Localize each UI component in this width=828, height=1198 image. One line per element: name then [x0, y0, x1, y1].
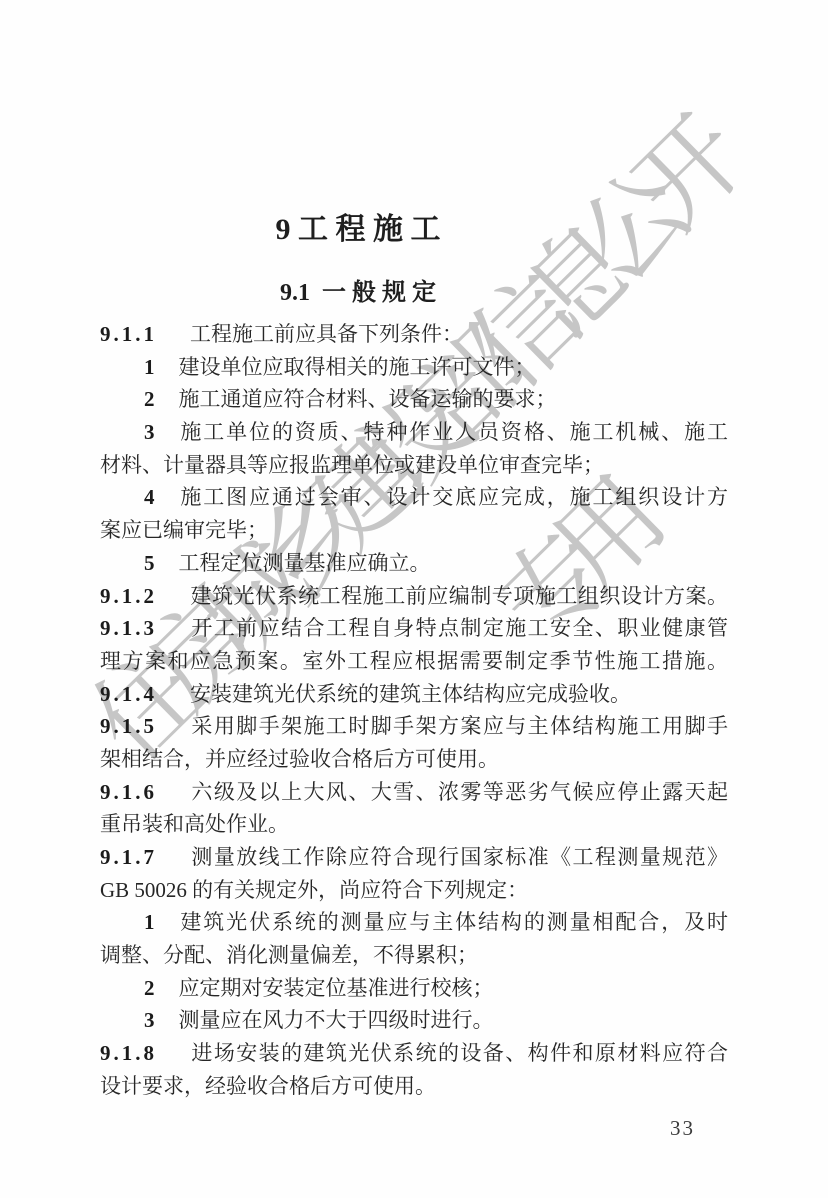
- line-text: 进场安装的建筑光伏系统的设备、构件和原材料应符合: [190, 1041, 728, 1065]
- line-text: 理方案和应急预案。室外工程应根据需要制定季节性施工措施。: [100, 649, 728, 673]
- text-line: 2施工通道应符合材料、设备运输的要求；: [144, 383, 728, 416]
- clause-number: 9.1.4: [100, 682, 157, 706]
- text-line: 9.1.8进场安装的建筑光伏系统的设备、构件和原材料应符合: [100, 1037, 728, 1070]
- item-number: 3: [144, 420, 155, 444]
- line-text: 采用脚手架施工时脚手架方案应与主体结构施工用脚手: [190, 714, 728, 738]
- page-number: 33: [670, 1116, 695, 1141]
- item-number: 4: [144, 485, 155, 509]
- text-line: 重吊装和高处作业。: [100, 808, 728, 841]
- text-line: GB 50026 的有关规定外，尚应符合下列规定：: [100, 874, 728, 907]
- text-line: 案应已编审完毕；: [100, 514, 728, 547]
- section-heading: 9.1 一 般 规 定: [100, 272, 728, 307]
- clause-number: 9.1.6: [100, 780, 157, 804]
- clause-number: 9.1.7: [100, 845, 157, 869]
- line-text: 工程施工前应具备下列条件：: [190, 322, 463, 346]
- text-line: 9.1.1工程施工前应具备下列条件：: [100, 318, 728, 351]
- text-line: 理方案和应急预案。室外工程应根据需要制定季节性施工措施。: [100, 645, 728, 678]
- text-line: 材料、计量器具等应报监理单位或建设单位审查完毕；: [100, 449, 728, 482]
- document-page: 住房城乡建设部信息公开 专用 9 工 程 施 工 9.1 一 般 规 定 9.1…: [0, 0, 828, 1198]
- text-line: 9.1.2建筑光伏系统工程施工前应编制专项施工组织设计方案。: [100, 580, 728, 613]
- clause-number: 9.1.2: [100, 584, 157, 608]
- chapter-heading: 9 工 程 施 工: [100, 204, 728, 248]
- line-text: 建筑光伏系统工程施工前应编制专项施工组织设计方案。: [190, 584, 728, 608]
- line-text: GB 50026 的有关规定外，尚应符合下列规定：: [100, 878, 528, 902]
- line-text: 开工前应结合工程自身特点制定施工安全、职业健康管: [190, 616, 728, 640]
- line-text: 案应已编审完毕；: [100, 518, 268, 542]
- line-text: 材料、计量器具等应报监理单位或建设单位审查完毕；: [100, 453, 604, 477]
- text-line: 1建筑光伏系统的测量应与主体结构的测量相配合，及时: [144, 906, 728, 939]
- item-number: 1: [144, 355, 155, 379]
- text-line: 调整、分配、消化测量偏差，不得累积；: [100, 939, 728, 972]
- item-number: 3: [144, 1008, 155, 1032]
- line-text: 调整、分配、消化测量偏差，不得累积；: [100, 943, 478, 967]
- line-text: 工程定位测量基准应确立。: [179, 551, 431, 575]
- text-line: 9.1.4安装建筑光伏系统的建筑主体结构应完成验收。: [100, 678, 728, 711]
- line-text: 设计要求，经验收合格后方可使用。: [100, 1074, 436, 1098]
- text-line: 9.1.6六级及以上大风、大雪、浓雾等恶劣气候应停止露天起: [100, 776, 728, 809]
- text-line: 9.1.5采用脚手架施工时脚手架方案应与主体结构施工用脚手: [100, 710, 728, 743]
- text-line: 1建设单位应取得相关的施工许可文件；: [144, 351, 728, 384]
- line-text: 建设单位应取得相关的施工许可文件；: [179, 355, 536, 379]
- text-line: 9.1.7测量放线工作除应符合现行国家标准《工程测量规范》: [100, 841, 728, 874]
- line-text: 架相结合，并应经过验收合格后方可使用。: [100, 747, 499, 771]
- line-text: 测量应在风力不大于四级时进行。: [179, 1008, 494, 1032]
- item-number: 1: [144, 910, 155, 934]
- clause-number: 9.1.3: [100, 616, 157, 640]
- line-text: 施工通道应符合材料、设备运输的要求；: [179, 387, 557, 411]
- item-number: 2: [144, 387, 155, 411]
- clause-number: 9.1.5: [100, 714, 157, 738]
- text-line: 架相结合，并应经过验收合格后方可使用。: [100, 743, 728, 776]
- line-text: 应定期对安装定位基准进行校核；: [179, 976, 494, 1000]
- line-text: 安装建筑光伏系统的建筑主体结构应完成验收。: [190, 682, 631, 706]
- text-line: 3测量应在风力不大于四级时进行。: [144, 1004, 728, 1037]
- text-line: 3施工单位的资质、特种作业人员资格、施工机械、施工: [144, 416, 728, 449]
- text-line: 4施工图应通过会审、设计交底应完成，施工组织设计方: [144, 481, 728, 514]
- clause-number: 9.1.1: [100, 322, 157, 346]
- text-line: 2应定期对安装定位基准进行校核；: [144, 972, 728, 1005]
- clause-number: 9.1.8: [100, 1041, 157, 1065]
- line-text: 施工单位的资质、特种作业人员资格、施工机械、施工: [179, 420, 729, 444]
- line-text: 施工图应通过会审、设计交底应完成，施工组织设计方: [179, 485, 729, 509]
- item-number: 2: [144, 976, 155, 1000]
- text-line: 9.1.3开工前应结合工程自身特点制定施工安全、职业健康管: [100, 612, 728, 645]
- line-text: 建筑光伏系统的测量应与主体结构的测量相配合，及时: [179, 910, 729, 934]
- clause-text-block: 9.1.1工程施工前应具备下列条件： 1建设单位应取得相关的施工许可文件； 2施…: [100, 318, 728, 1103]
- line-text: 重吊装和高处作业。: [100, 812, 289, 836]
- text-line: 设计要求，经验收合格后方可使用。: [100, 1070, 728, 1103]
- item-number: 5: [144, 551, 155, 575]
- line-text: 测量放线工作除应符合现行国家标准《工程测量规范》: [190, 845, 728, 869]
- text-line: 5工程定位测量基准应确立。: [144, 547, 728, 580]
- line-text: 六级及以上大风、大雪、浓雾等恶劣气候应停止露天起: [190, 780, 728, 804]
